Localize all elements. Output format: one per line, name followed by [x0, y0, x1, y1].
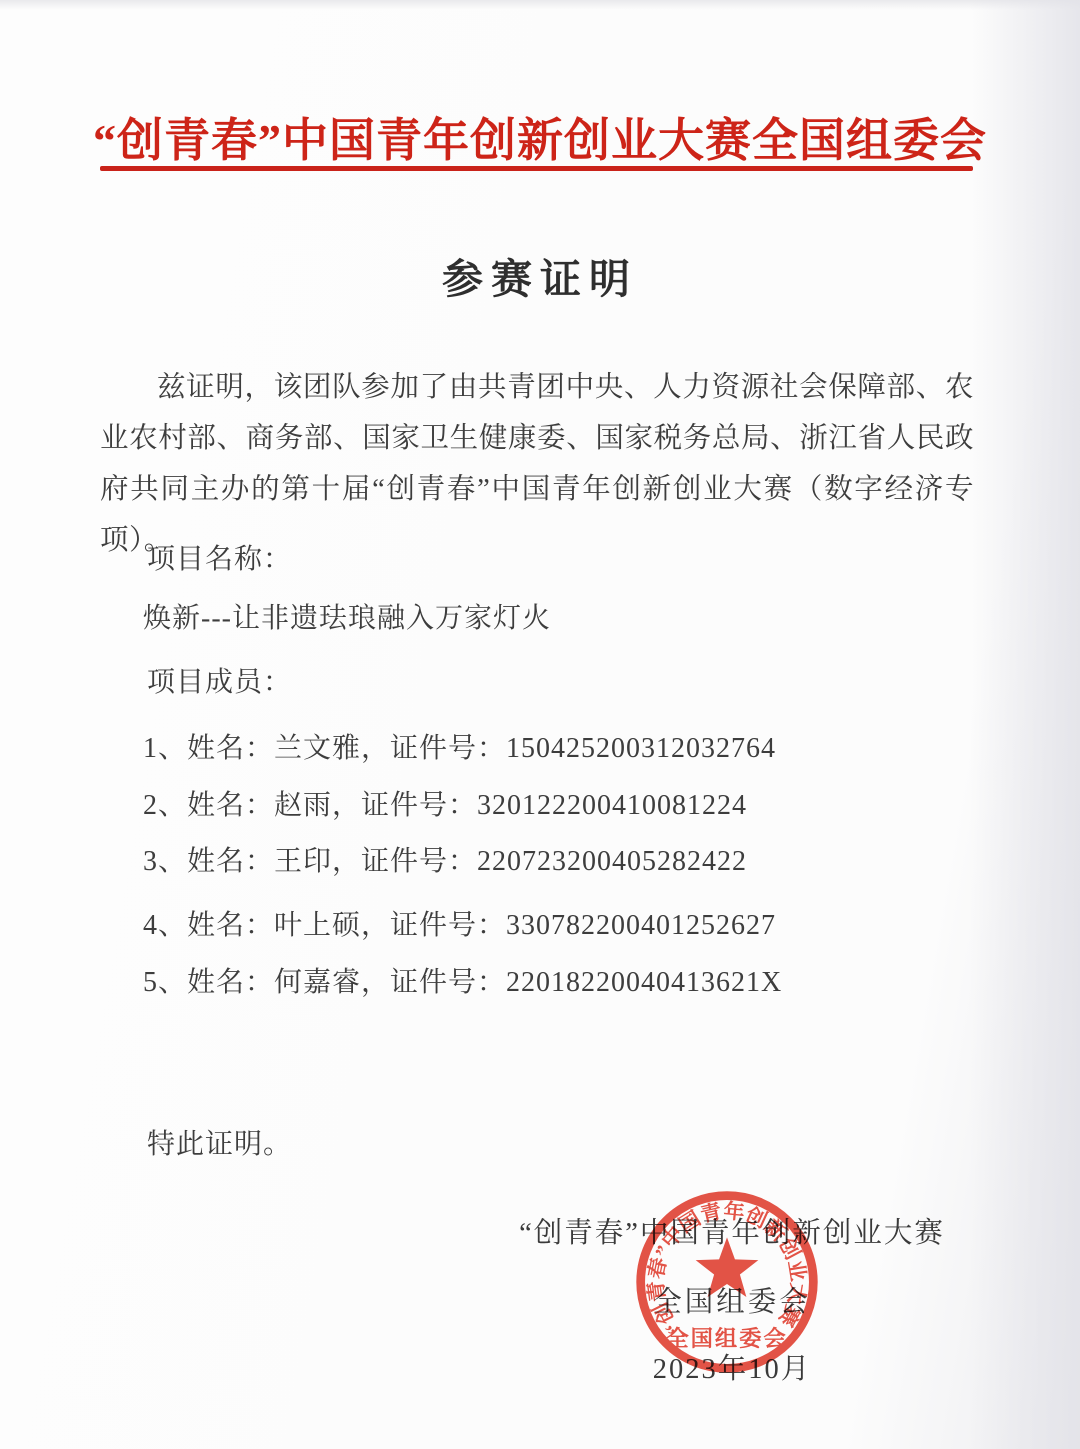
- official-stamp: “创青春”中国青年创新创业大赛 全国组委会: [630, 1185, 824, 1379]
- org-header-title: “创青春”中国青年创新创业大赛全国组委会: [54, 104, 1026, 170]
- certificate-title: 参赛证明: [0, 246, 1080, 305]
- project-name-label: 项目名称：: [147, 537, 292, 577]
- stamp-center-text: 全国组委会: [666, 1325, 787, 1351]
- member-row: 3、姓名：王印，证件号：220723200405282422: [143, 839, 747, 879]
- org-header-underline: [100, 166, 973, 171]
- member-row: 4、姓名：叶上硕，证件号：330782200401252627: [143, 903, 776, 943]
- member-row: 5、姓名：何嘉睿，证件号：22018220040413621X: [143, 960, 782, 1000]
- scan-shading-top: [0, 0, 1080, 10]
- certificate-page: “创青春”中国青年创新创业大赛全国组委会 参赛证明 兹证明，该团队参加了由共青团…: [0, 0, 1080, 1449]
- closing-statement: 特此证明。: [147, 1122, 292, 1162]
- project-name-value: 焕新---让非遗珐琅融入万家灯火: [143, 596, 551, 636]
- member-row: 1、姓名：兰文雅，证件号：150425200312032764: [143, 726, 776, 766]
- intro-paragraph: 兹证明，该团队参加了由共青团中央、人力资源社会保障部、农业农村部、商务部、国家卫…: [100, 362, 974, 566]
- project-members-label: 项目成员：: [147, 660, 292, 700]
- star-icon: [696, 1237, 759, 1297]
- member-row: 2、姓名：赵雨，证件号：320122200410081224: [143, 783, 747, 823]
- scan-shading-right: [970, 0, 1080, 1449]
